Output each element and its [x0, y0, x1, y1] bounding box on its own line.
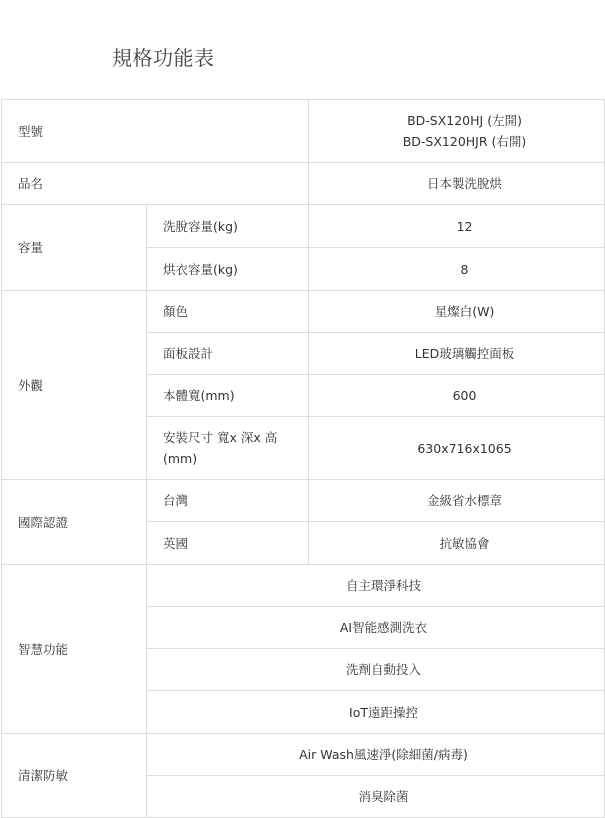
- feature-item: 洗劑自動投入: [147, 649, 605, 691]
- row-value: 8: [309, 248, 605, 291]
- row-label: 安裝尺寸 寬x 深x 高 (mm): [147, 417, 309, 480]
- feature-item: AI智能感測洗衣: [147, 607, 605, 649]
- table-row: 國際認證 台灣 金級省水標章: [2, 480, 605, 522]
- row-label: 烘衣容量(kg): [147, 248, 309, 291]
- group-label: 容量: [2, 205, 147, 291]
- row-value: 630x716x1065: [309, 417, 605, 480]
- model-left-open: BD-SX120HJ (左開): [325, 110, 604, 131]
- row-label: 英國: [147, 522, 309, 565]
- row-label: 品名: [2, 163, 309, 205]
- row-value: 12: [309, 205, 605, 248]
- row-value: 日本製洗脫烘: [309, 163, 605, 205]
- row-value: 星燦白(W): [309, 291, 605, 333]
- row-label: 洗脫容量(kg): [147, 205, 309, 248]
- model-values: BD-SX120HJ (左開) BD-SX120HJR (右開): [309, 100, 605, 163]
- model-right-open: BD-SX120HJR (右開): [325, 131, 604, 152]
- row-label: 型號: [2, 100, 309, 163]
- feature-item: 自主環淨科技: [147, 565, 605, 607]
- group-label: 國際認證: [2, 480, 147, 565]
- table-row: 容量 洗脫容量(kg) 12: [2, 205, 605, 248]
- table-row: 外觀 顏色 星燦白(W): [2, 291, 605, 333]
- feature-item: Air Wash風速淨(除細菌/病毒): [147, 734, 605, 776]
- page-title: 規格功能表: [112, 44, 215, 72]
- row-value: 600: [309, 375, 605, 417]
- row-value: LED玻璃觸控面板: [309, 333, 605, 375]
- feature-item: IoT遠距操控: [147, 691, 605, 734]
- row-label: 顏色: [147, 291, 309, 333]
- table-row: 清潔防敏 Air Wash風速淨(除細菌/病毒): [2, 734, 605, 776]
- table-row: 品名 日本製洗脫烘: [2, 163, 605, 205]
- row-value: 抗敏協會: [309, 522, 605, 565]
- table-row: 型號 BD-SX120HJ (左開) BD-SX120HJR (右開): [2, 100, 605, 163]
- row-label: 面板設計: [147, 333, 309, 375]
- feature-item: 消臭除菌: [147, 776, 605, 818]
- group-label: 外觀: [2, 291, 147, 480]
- row-label: 台灣: [147, 480, 309, 522]
- spec-table: 型號 BD-SX120HJ (左開) BD-SX120HJR (右開) 品名 日…: [1, 99, 605, 818]
- group-label: 智慧功能: [2, 565, 147, 734]
- row-value: 金級省水標章: [309, 480, 605, 522]
- group-label: 清潔防敏: [2, 734, 147, 818]
- row-label: 本體寬(mm): [147, 375, 309, 417]
- table-row: 智慧功能 自主環淨科技: [2, 565, 605, 607]
